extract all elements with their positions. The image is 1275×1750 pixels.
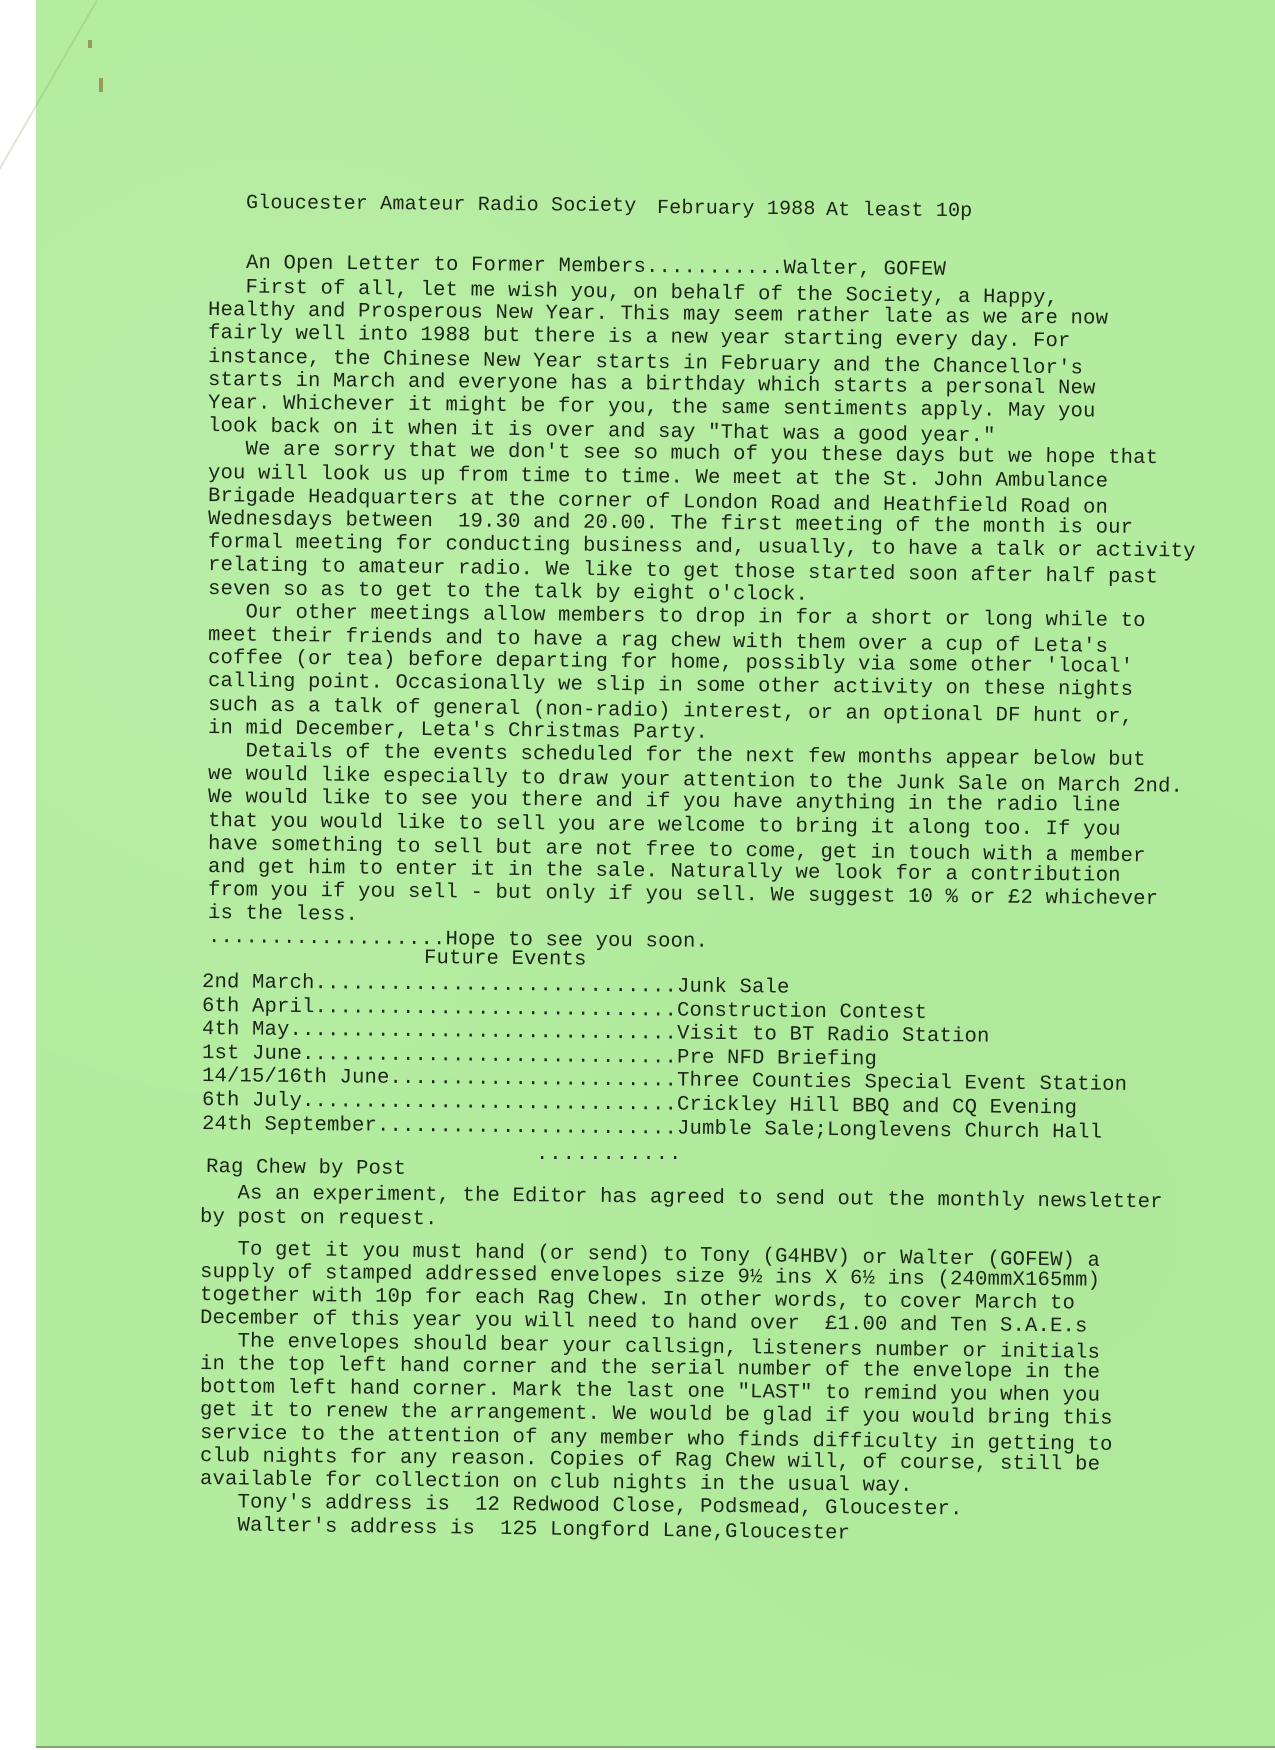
issue-price: At least 10p [826, 199, 973, 224]
section-separator: ........... [536, 1143, 682, 1167]
event-name: Construction Contest [677, 999, 927, 1024]
dot-leader: ........................ [377, 1114, 677, 1140]
event-date: 1st June [202, 1042, 302, 1066]
staple-mark [99, 78, 103, 92]
event-name: Jumble Sale;Longlevens Church Hall [677, 1117, 1102, 1144]
event-date: 14/15/16th June [202, 1065, 390, 1090]
event-date: 24th September [202, 1113, 377, 1138]
dot-leader: .............................. [302, 1043, 677, 1070]
event-name: Crickley Hill BBQ and CQ Evening [677, 1094, 1077, 1121]
dot-leader: ............................. [314, 996, 677, 1022]
dot-leader: ............................... [289, 1019, 677, 1046]
event-date: 2nd March [202, 971, 315, 995]
paper-crease [0, 0, 98, 192]
rag-chew-line: by post on request. [200, 1206, 438, 1232]
dot-leader: ....................... [389, 1067, 677, 1093]
staple-mark [88, 40, 92, 48]
event-date: 6th April [202, 995, 315, 1019]
rag-chew-title: Rag Chew by Post [206, 1156, 406, 1182]
event-name: Junk Sale [677, 976, 790, 1000]
society-name: Gloucester Amateur Radio Society [246, 192, 637, 219]
letter-line: is the less. [208, 902, 358, 928]
future-events-title: Future Events [424, 947, 587, 973]
issue-date: February 1988 [657, 197, 816, 222]
dot-leader: ............................. [314, 972, 677, 998]
event-name: Pre NFD Briefing [677, 1046, 877, 1071]
event-name: Three Counties Special Event Station [677, 1070, 1127, 1097]
event-date: 4th May [202, 1018, 290, 1042]
event-name: Visit to BT Radio Station [677, 1023, 990, 1049]
event-date: 6th July [202, 1089, 302, 1113]
dot-leader: .............................. [302, 1090, 677, 1117]
